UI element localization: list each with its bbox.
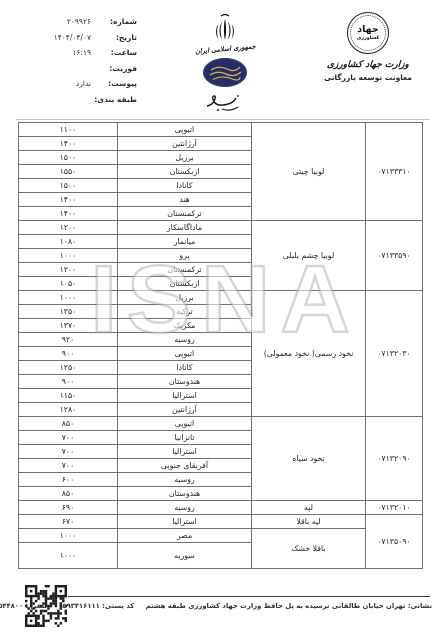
attachment-label: پیوست: <box>95 79 137 88</box>
country-cell: میانمار <box>118 235 252 249</box>
meta-row-date: تاریخ: ۱۴۰۴/۰۴/۰۷ <box>42 33 137 49</box>
hs-code-cell: ۰۷۱۳۲۰۱۰ <box>366 501 423 515</box>
number-label: شماره: <box>95 17 137 26</box>
hs-code-cell: ۰۷۱۳۲۰۳۰ <box>366 291 423 417</box>
country-cell: هندوستان <box>118 487 252 501</box>
price-cell: ۸۵۰ <box>19 417 118 431</box>
country-cell: هندوستان <box>118 375 252 389</box>
country-cell: برزیل <box>118 291 252 305</box>
country-cell: کانادا <box>118 361 252 375</box>
classification-label: طبقه بندی: <box>95 95 137 104</box>
commodity-cell: لوبیا چشم بلبلی <box>252 221 366 291</box>
year-slogan-badge-icon <box>203 58 247 87</box>
price-cell: ۶۰۰ <box>19 473 118 487</box>
country-cell: تانزانیا <box>118 431 252 445</box>
country-cell: ازبکستان <box>118 277 252 291</box>
hs-code-cell: ۰۷۱۳۳۳۱۰ <box>366 123 423 221</box>
price-cell: ۱۳۷۰ <box>19 319 118 333</box>
footer-divider <box>68 596 430 597</box>
price-cell: ۱۵۵۰ <box>19 165 118 179</box>
meta-row-attachment: پیوست: ندارد <box>42 79 137 95</box>
country-cell: آرژانتین <box>118 403 252 417</box>
number-value: ۲۰۹۹۲۶ <box>42 17 95 26</box>
country-cell: مکزیک <box>118 319 252 333</box>
price-cell: ۱۰۰۰ <box>19 291 118 305</box>
table-row: ۰۷۱۳۲۰۱۰لپهروسیه۶۹۰ <box>19 501 423 515</box>
logo-text-sub: کشاورزی <box>357 36 379 41</box>
attachment-value: ندارد <box>42 79 95 88</box>
price-cell: ۱۲۰۰ <box>19 221 118 235</box>
country-cell: استرالیا <box>118 445 252 459</box>
price-cell: ۱۲۵۰ <box>19 361 118 375</box>
header-center-block: جمهوری اسلامی ایران <box>188 13 262 114</box>
price-cell: ۹۲۰ <box>19 333 118 347</box>
letter-meta-fields: شماره: ۲۰۹۹۲۶ تاریخ: ۱۴۰۴/۰۴/۰۷ ساعت: ۱۶… <box>42 17 137 110</box>
price-cell: ۹۰۰ <box>19 347 118 361</box>
country-cell: آفریقای جنوبی <box>118 459 252 473</box>
country-cell: روسیه <box>118 473 252 487</box>
price-cell: ۱۵۰۰ <box>19 151 118 165</box>
country-cell: ترکمنستان <box>118 263 252 277</box>
price-cell: ۱۱۵۰ <box>19 389 118 403</box>
basmeh-taali-calligraphy-icon <box>202 90 248 114</box>
time-value: ۱۶:۱۹ <box>42 48 95 57</box>
commodity-cell: باقلا خشک <box>252 529 366 569</box>
meta-row-time: ساعت: ۱۶:۱۹ <box>42 48 137 64</box>
price-cell: ۱۵۰۰ <box>19 179 118 193</box>
price-cell: ۷۰۰ <box>19 459 118 473</box>
price-cell: ۶۷۰ <box>19 515 118 529</box>
table-row: ۰۷۱۳۵۰۹۰لپه باقلااسترالیا۶۷۰ <box>19 515 423 529</box>
commodity-cell: نخود رسمی( نخود معمولی) <box>252 291 366 417</box>
country-cell: آرژانتین <box>118 137 252 151</box>
table-row: باقلا خشکمصر۱۰۰۰ <box>19 529 423 543</box>
country-cell: ازبکستان <box>118 165 252 179</box>
price-cell: ۱۰۰۰ <box>19 249 118 263</box>
iran-national-emblem-icon <box>212 13 238 43</box>
scanned-letter-page: { "header": { "fields": [ { "label": "شم… <box>0 0 440 640</box>
hs-code-cell: ۰۷۱۳۳۵۹۰ <box>366 221 423 291</box>
price-cell: ۷۰۰ <box>19 431 118 445</box>
price-cell: ۱۴۰۰ <box>19 137 118 151</box>
price-cell: ۶۹۰ <box>19 501 118 515</box>
logo-text-main: جهاد <box>357 25 379 35</box>
commodity-cell: نخود سیاه <box>252 417 366 501</box>
country-cell: سوریه <box>118 543 252 569</box>
country-cell: برزیل <box>118 151 252 165</box>
price-cell: ۱۰۰۰ <box>19 543 118 569</box>
table-top-rule <box>16 119 430 120</box>
price-cell: ۱۰۰۰ <box>19 529 118 543</box>
country-cell: ترکمنستان <box>118 207 252 221</box>
meta-row-classification: طبقه بندی: <box>42 95 137 111</box>
price-cell: ۱۲۸۰ <box>19 403 118 417</box>
date-label: تاریخ: <box>95 33 137 42</box>
table-row: ۰۷۱۳۳۳۱۰لوبیا چیتیاتیوپی۱۱۰۰ <box>19 123 423 137</box>
price-cell: ۱۲۰۰ <box>19 263 118 277</box>
price-cell: ۱۰۵۰ <box>19 277 118 291</box>
country-cell: ماداگاسکار <box>118 221 252 235</box>
hs-code-cell: ۰۷۱۳۲۰۹۰ <box>366 417 423 501</box>
country-cell: مصر <box>118 529 252 543</box>
department-name: معاونت توسعه بازرگانی <box>324 73 412 82</box>
commodity-price-table: ۰۷۱۳۳۳۱۰لوبیا چیتیاتیوپی۱۱۰۰آرژانتین۱۴۰۰… <box>18 122 423 569</box>
table-row: ۰۷۱۳۳۵۹۰لوبیا چشم بلبلیماداگاسکار۱۲۰۰ <box>19 221 423 235</box>
price-cell: ۱۴۰۰ <box>19 207 118 221</box>
country-cell: پرو <box>118 249 252 263</box>
commodity-cell: لوبیا چیتی <box>252 123 366 221</box>
footer-address-line: نشانی: تهران خیابان طالقانی نرسیده به پل… <box>58 602 432 610</box>
time-label: ساعت: <box>95 48 137 57</box>
country-cell: استرالیا <box>118 389 252 403</box>
footer-postal-code: کد پستی: ۱۵۹۳۴۱۶۱۱۱ <box>58 602 134 610</box>
price-cell: ۸۵۰ <box>19 487 118 501</box>
commodity-cell: لپه <box>252 501 366 515</box>
hs-code-cell: ۰۷۱۳۵۰۹۰ <box>366 515 423 569</box>
country-cell: استرالیا <box>118 515 252 529</box>
country-cell: اتیوپی <box>118 417 252 431</box>
price-cell: ۷۰۰ <box>19 445 118 459</box>
price-cell: ۱۴۰۰ <box>19 193 118 207</box>
country-cell: ترکیه <box>118 305 252 319</box>
meta-row-urgency: فوریت: <box>42 64 137 80</box>
footer-address: نشانی: تهران خیابان طالقانی نرسیده به پل… <box>146 602 432 610</box>
country-title: جمهوری اسلامی ایران <box>194 42 255 55</box>
country-cell: کانادا <box>118 179 252 193</box>
price-cell: ۱۳۵۰ <box>19 305 118 319</box>
footer-phone: تلفن : ۴۳۵۴۴۸۰۰ <box>0 602 47 610</box>
urgency-label: فوریت: <box>95 64 137 73</box>
ministry-name: وزارت جهاد کشاورزی <box>327 60 410 70</box>
country-cell: روسیه <box>118 501 252 515</box>
table-row: ۰۷۱۳۲۰۳۰نخود رسمی( نخود معمولی)برزیل۱۰۰۰ <box>19 291 423 305</box>
country-cell: هند <box>118 193 252 207</box>
country-cell: روسیه <box>118 333 252 347</box>
price-cell: ۹۰۰ <box>19 375 118 389</box>
meta-row-number: شماره: ۲۰۹۹۲۶ <box>42 17 137 33</box>
date-value: ۱۴۰۴/۰۴/۰۷ <box>42 33 95 42</box>
jahad-keshavarzi-logo-icon: جهاد کشاورزی <box>347 12 389 54</box>
header-right-block: جهاد کشاورزی وزارت جهاد کشاورزی معاونت ت… <box>320 12 416 82</box>
country-cell: اتیوپی <box>118 123 252 137</box>
price-cell: ۱۱۰۰ <box>19 123 118 137</box>
price-cell: ۱۰۸۰ <box>19 235 118 249</box>
country-cell: اتیوپی <box>118 347 252 361</box>
table-row: ۰۷۱۳۲۰۹۰نخود سیاهاتیوپی۸۵۰ <box>19 417 423 431</box>
commodity-cell: لپه باقلا <box>252 515 366 529</box>
